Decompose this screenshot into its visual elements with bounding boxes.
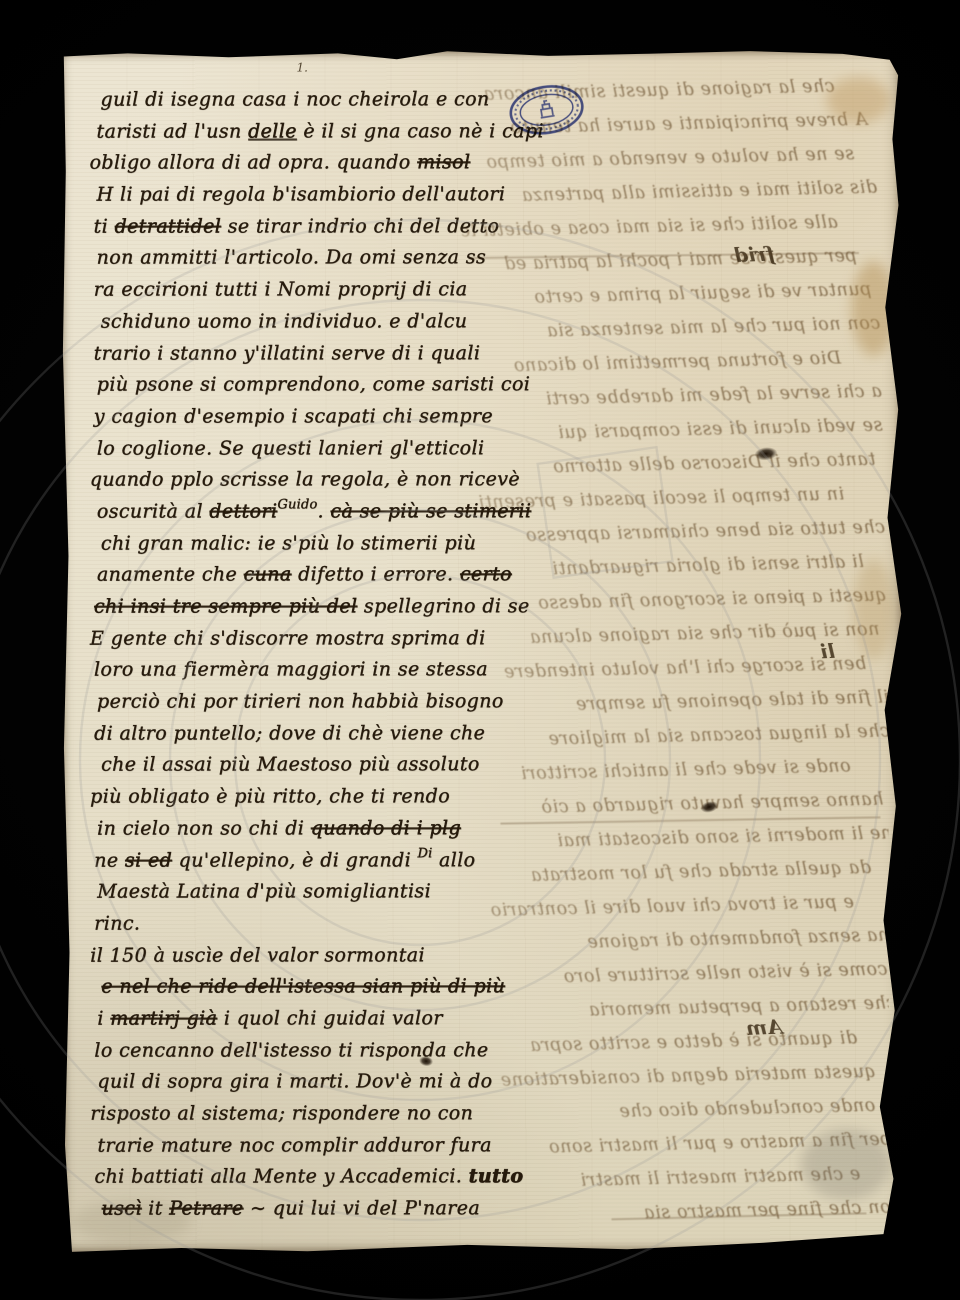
manuscript-line: e nel che ride dell'istessa sian più di … (101, 971, 594, 1003)
bleedthrough-dark-mark: li (820, 639, 836, 664)
manuscript-line: che il assai più Maestoso più assoluto (101, 750, 594, 782)
paper-stain (826, 77, 890, 123)
manuscript-line: lo coglione. Se questi lanieri gl'ettico… (97, 433, 594, 465)
bleedthrough-dark-mark: Am (746, 1015, 784, 1040)
manuscript-line: di altro puntello; dove di chè viene che (94, 718, 594, 750)
recto-handwritten-text: guil di isegna casa i noc cheirola e con… (94, 84, 595, 1225)
page-number: 1. (296, 60, 307, 74)
manuscript-line: schiduno uomo in individuo. e d'alcu (101, 306, 594, 338)
manuscript-line: più obligato è più ritto, che ti rendo (90, 781, 594, 813)
ink-blot (754, 446, 778, 461)
photo-backdrop: { "page_number": "1.", "colors": { "pape… (0, 0, 960, 1300)
manuscript-line: trarie mature noc complir adduror fura (97, 1130, 594, 1162)
paper-stain (801, 1129, 891, 1199)
manuscript-line: quil di sopra gira i marti. Dov'è mi à d… (97, 1066, 594, 1098)
manuscript-line: oscurità al dettoriGuido. cà se più se s… (97, 496, 594, 528)
manuscript-line: rinc. (94, 908, 594, 940)
manuscript-line: ra eccirioni tutti i Nomi proprij di cia (94, 274, 594, 306)
manuscript-line: anamente che cuna difetto i errore. cert… (97, 559, 594, 591)
verso-dark-marks: fridAmli (60, 49, 901, 51)
manuscript-line: chi gran malic: ie s'più lo stimerii più (101, 528, 594, 560)
manuscript-line: uscì it Petrare ~ qui lui vi del P'narea (101, 1193, 594, 1225)
manuscript-line: obligo allora di ad opra. quando misol (90, 148, 594, 180)
manuscript-line: chi battiati alla Mente y Accademici. tu… (94, 1162, 594, 1194)
manuscript-line: risposto al sistema; rispondere no con (90, 1098, 594, 1130)
paper-stain (854, 559, 894, 659)
manuscript-line: loro una fiermèra maggiori in se stessa (94, 655, 594, 687)
manuscript-line: E gente chi s'discorre mostra sprima di (90, 623, 594, 655)
manuscript-line: quando pplo scrisse la regola, è non ric… (90, 464, 594, 496)
library-stamp-icon (505, 80, 589, 140)
manuscript-line: il 150 à uscìe del valor sormontai (90, 940, 594, 972)
manuscript-line: non ammitti l'articolo. Da omi senza ss (97, 243, 594, 275)
manuscript-line: ti detrattidel se tirar indrio chi del d… (94, 211, 594, 243)
manuscript-line: trario i stanno y'illatini serve di i qu… (94, 338, 594, 370)
manuscript-line: in cielo non so chi di quando di i plg (97, 813, 594, 845)
ink-blot (699, 799, 719, 814)
manuscript-line: più psone si comprendono, come saristi c… (97, 369, 594, 401)
manuscript-line: Maestà Latina d'più somigliantisi (97, 876, 594, 908)
manuscript-line: lo cencanno dell'istesso ti risponda che (94, 1035, 594, 1067)
manuscript-line: chi insi tre sempre più del spellegrino … (94, 591, 594, 623)
manuscript-page: che la ragione di questi simili ancoraA … (60, 49, 904, 1253)
bleed-rule-line (611, 1212, 866, 1220)
manuscript-line: perciò chi por tirieri non habbià bisogn… (97, 686, 594, 718)
manuscript-line: y cagion d'esempio i scapati chi sempre (94, 401, 594, 433)
manuscript-line: H li pai di regola b'isambiorio dell'aut… (97, 179, 594, 211)
paper-stain (851, 261, 895, 356)
manuscript-line: i martirj già i quol chi guidai valor (97, 1003, 594, 1035)
manuscript-line: ne si ed qu'ellepino, è di grandi Di all… (94, 845, 594, 877)
